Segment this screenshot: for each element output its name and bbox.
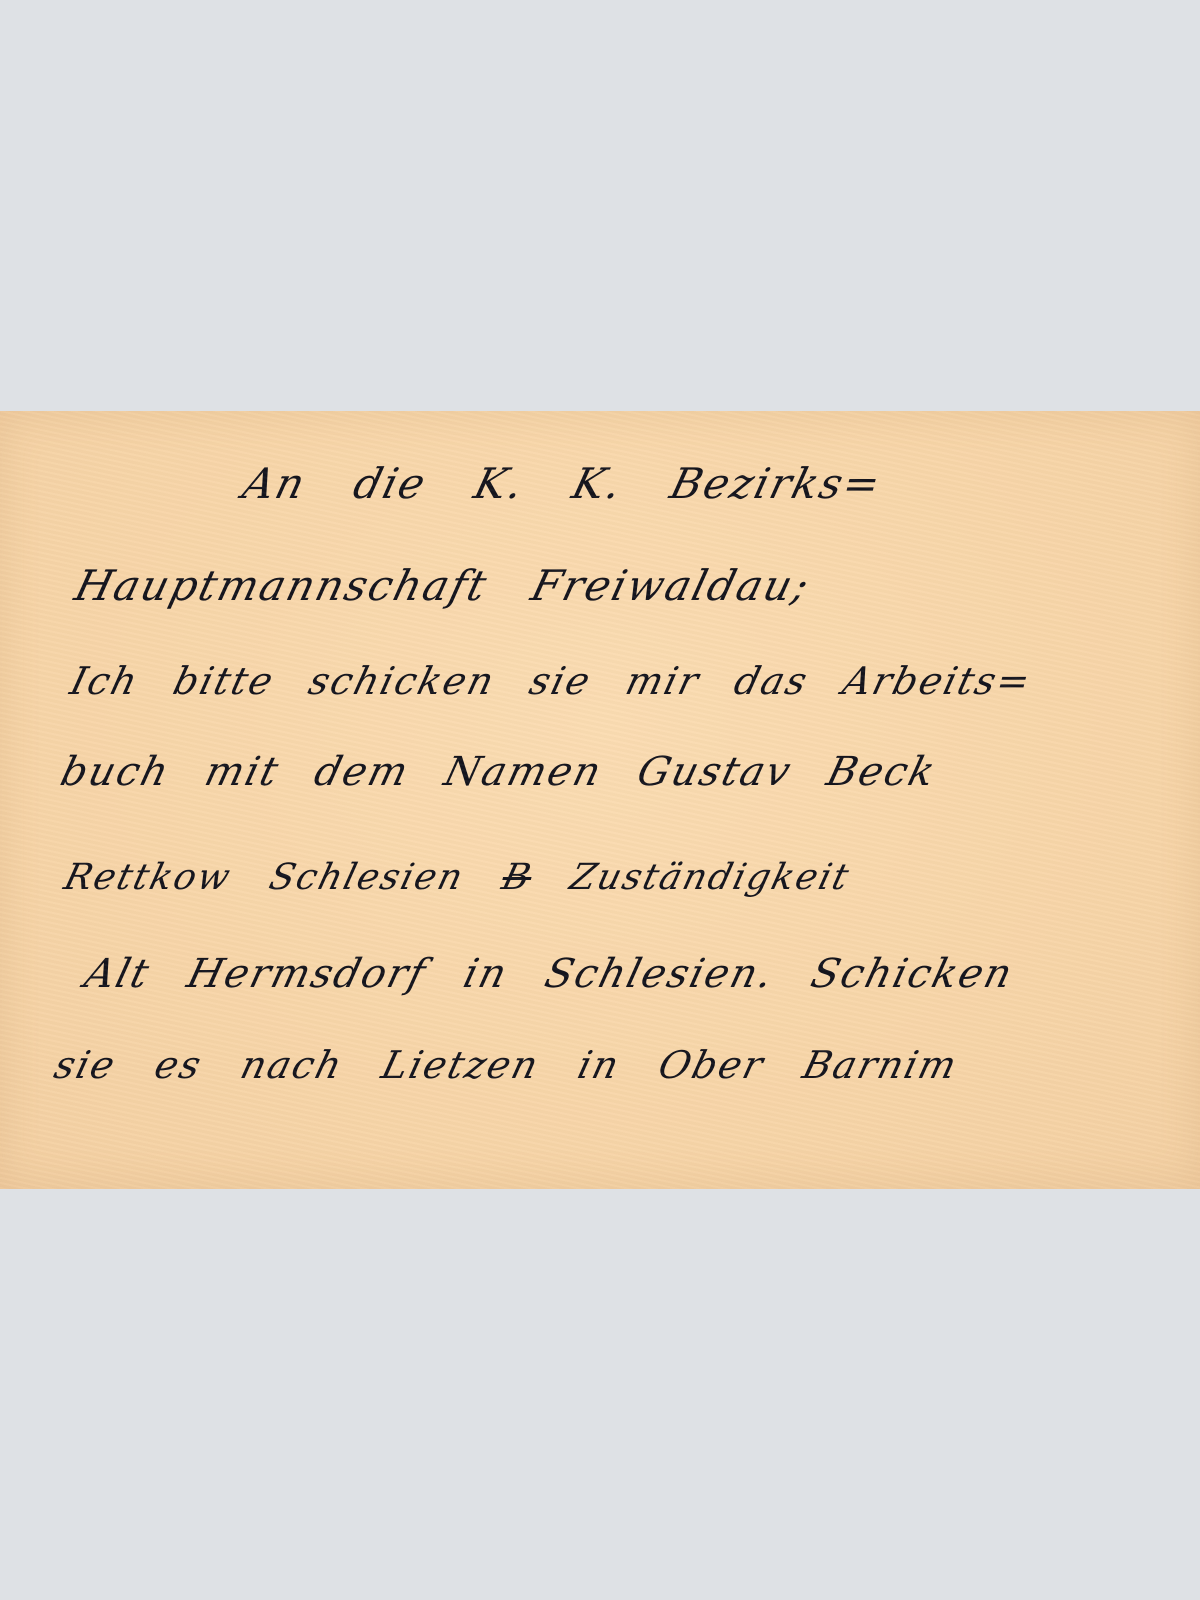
address-line-2: Hauptmannschaft Freiwaldau; bbox=[70, 561, 816, 610]
body-line-3-end: Zuständigkeit bbox=[566, 857, 855, 898]
body-line-3-start: Rettkow Schlesien bbox=[60, 857, 469, 898]
address-line-1: An die K. K. Bezirks= bbox=[238, 459, 887, 508]
struck-out-letter: B bbox=[498, 857, 537, 898]
body-line-5: sie es nach Lietzen in Ober Barnim bbox=[50, 1043, 963, 1087]
body-line-3: Rettkow Schlesien B Zuständigkeit bbox=[60, 857, 855, 898]
postcard: An die K. K. Bezirks= Hauptmannschaft Fr… bbox=[0, 411, 1200, 1189]
body-line-4: Alt Hermsdorf in Schlesien. Schicken bbox=[80, 951, 1018, 997]
body-line-1: Ich bitte schicken sie mir das Arbeits= bbox=[66, 659, 1037, 703]
body-line-2: buch mit dem Namen Gustav Beck bbox=[56, 749, 941, 795]
